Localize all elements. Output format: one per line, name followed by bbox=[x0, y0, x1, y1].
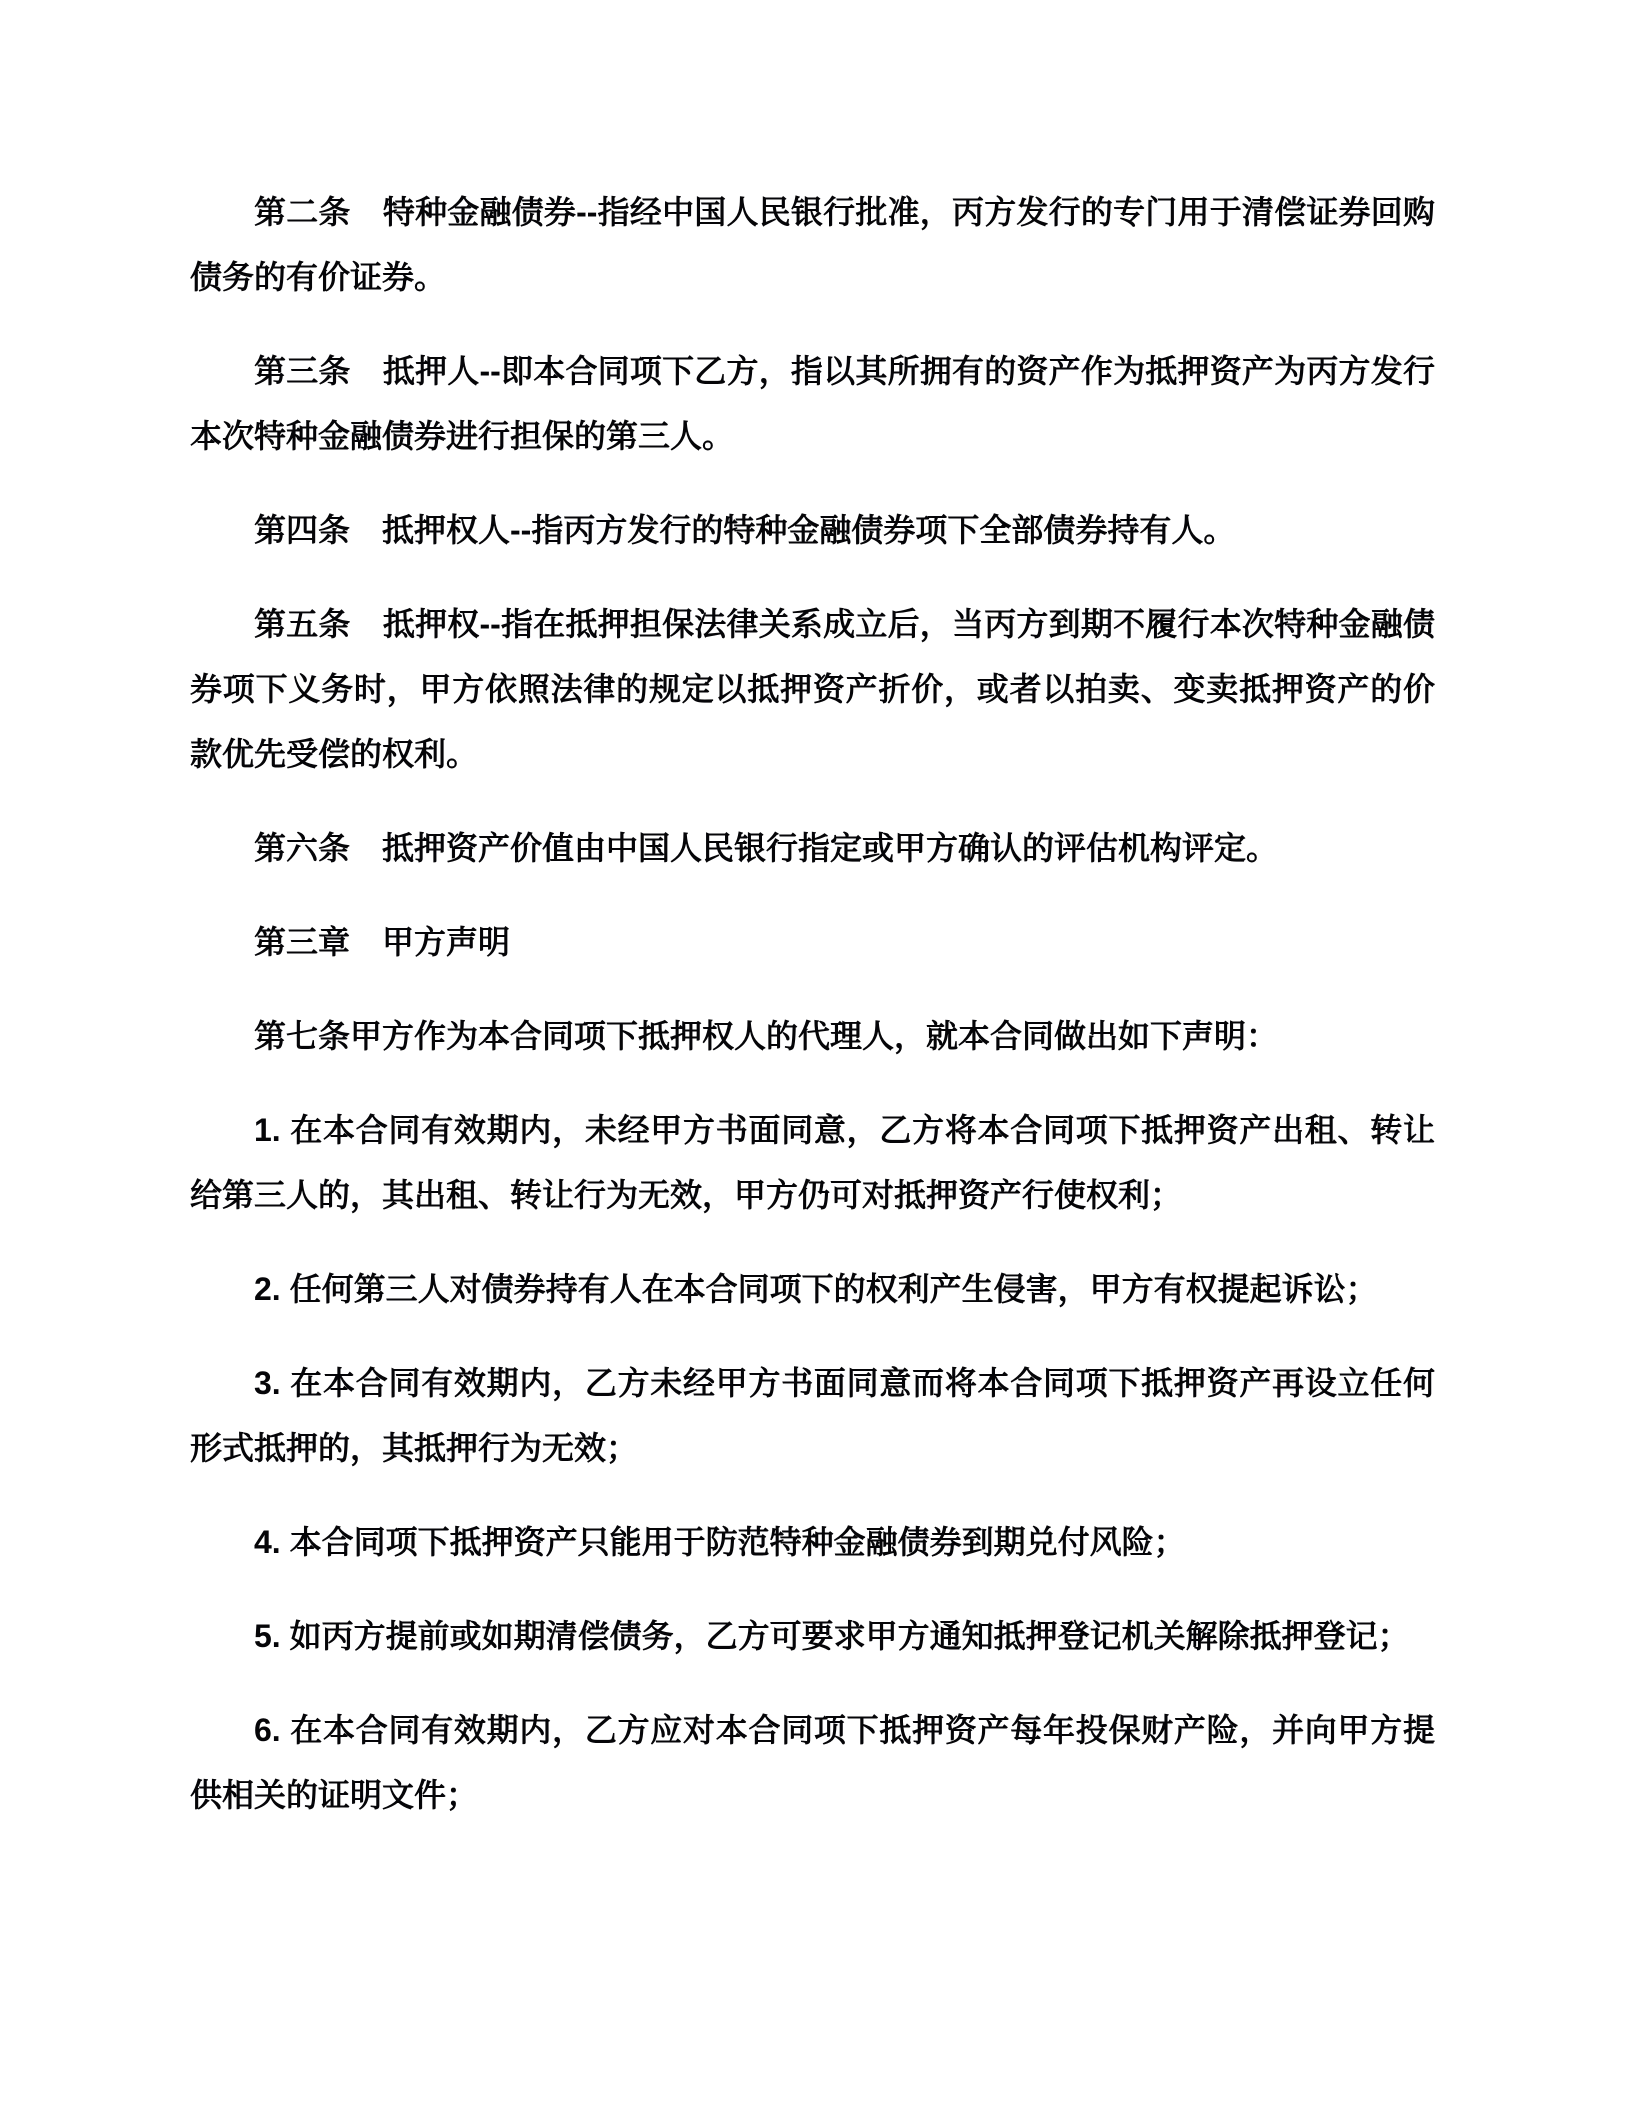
declaration-item-3: 3. 在本合同有效期内，乙方未经甲方书面同意而将本合同项下抵押资产再设立任何形式… bbox=[190, 1351, 1435, 1481]
clause-4-paragraph: 第四条 抵押权人--指丙方发行的特种金融债券项下全部债券持有人。 bbox=[190, 498, 1435, 563]
declaration-item-2: 2. 任何第三人对债券持有人在本合同项下的权利产生侵害，甲方有权提起诉讼； bbox=[190, 1257, 1435, 1322]
declaration-item-1: 1. 在本合同有效期内，未经甲方书面同意，乙方将本合同项下抵押资产出租、转让给第… bbox=[190, 1098, 1435, 1228]
clause-7-paragraph: 第七条甲方作为本合同项下抵押权人的代理人，就本合同做出如下声明： bbox=[190, 1004, 1435, 1069]
declaration-item-5: 5. 如丙方提前或如期清偿债务，乙方可要求甲方通知抵押登记机关解除抵押登记； bbox=[190, 1604, 1435, 1669]
clause-2-paragraph: 第二条 特种金融债券--指经中国人民银行批准，丙方发行的专门用于清偿证券回购债务… bbox=[190, 180, 1435, 310]
chapter-3-heading: 第三章 甲方声明 bbox=[190, 910, 1435, 975]
clause-6-paragraph: 第六条 抵押资产价值由中国人民银行指定或甲方确认的评估机构评定。 bbox=[190, 816, 1435, 881]
clause-3-paragraph: 第三条 抵押人--即本合同项下乙方，指以其所拥有的资产作为抵押资产为丙方发行本次… bbox=[190, 339, 1435, 469]
contract-text-body: 第二条 特种金融债券--指经中国人民银行批准，丙方发行的专门用于清偿证券回购债务… bbox=[190, 180, 1435, 1828]
clause-5-paragraph: 第五条 抵押权--指在抵押担保法律关系成立后，当丙方到期不履行本次特种金融债券项… bbox=[190, 592, 1435, 787]
declaration-item-6: 6. 在本合同有效期内，乙方应对本合同项下抵押资产每年投保财产险，并向甲方提供相… bbox=[190, 1698, 1435, 1828]
document-page: 第二条 特种金融债券--指经中国人民银行批准，丙方发行的专门用于清偿证券回购债务… bbox=[0, 0, 1632, 2112]
declaration-item-4: 4. 本合同项下抵押资产只能用于防范特种金融债券到期兑付风险； bbox=[190, 1510, 1435, 1575]
